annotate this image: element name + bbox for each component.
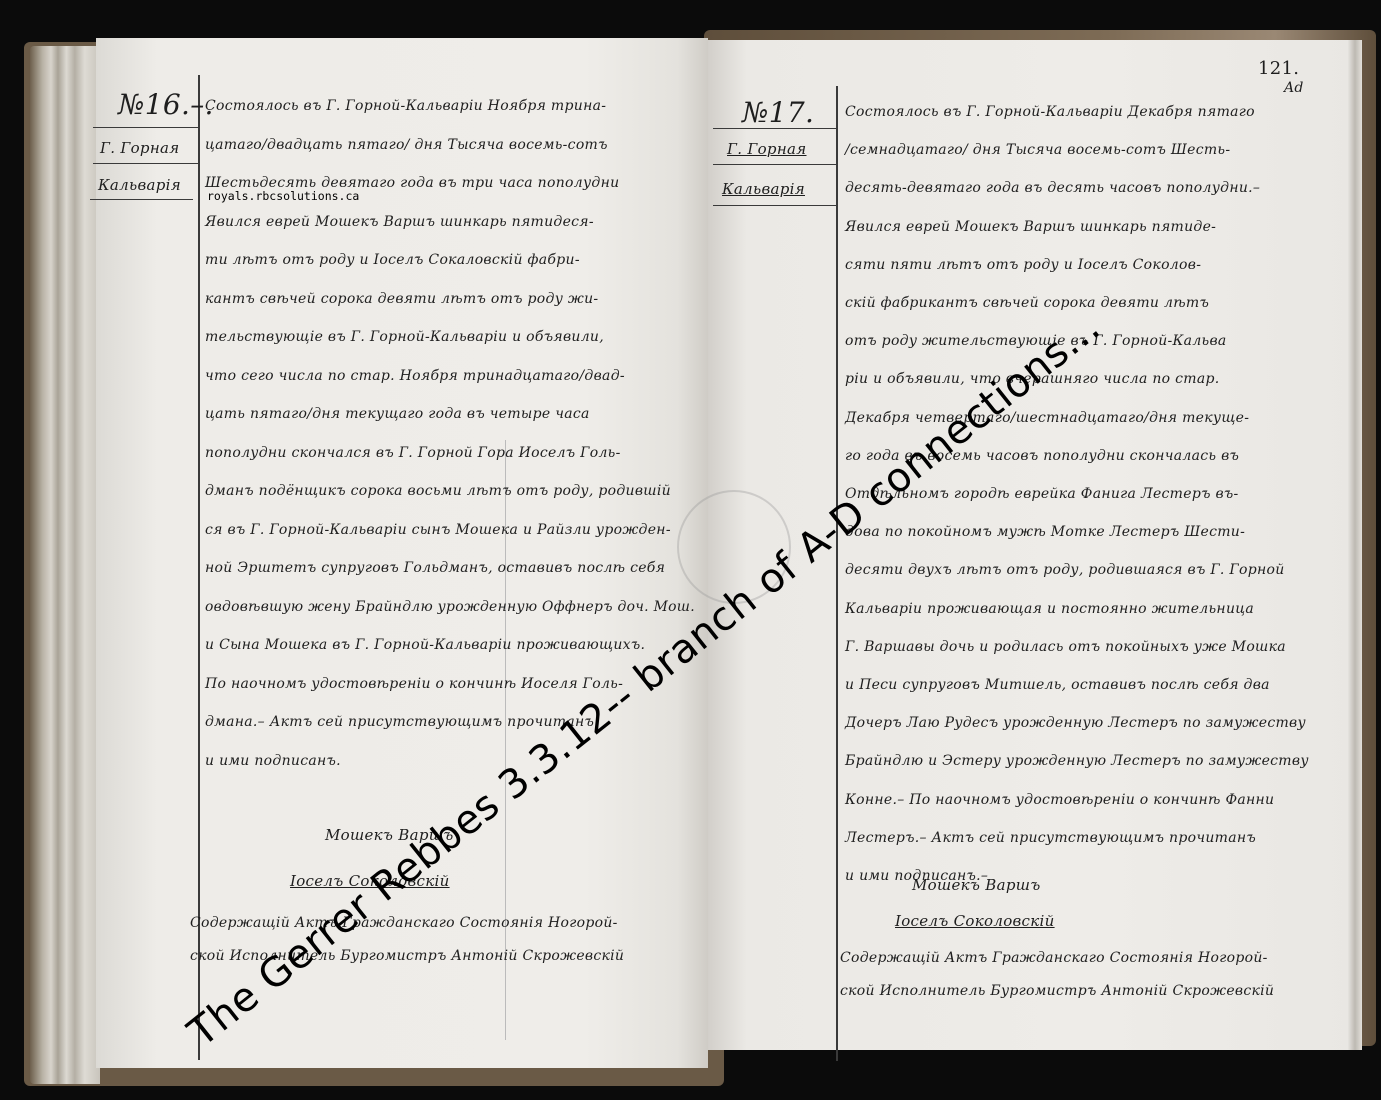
right-header-underline-3	[713, 205, 837, 206]
right-body-line: дова по покойномъ мужѣ Мотке Лестеръ Шес…	[845, 524, 1245, 540]
right-closing-line: ской Исполнитель Бургомистръ Антоній Скр…	[840, 983, 1274, 999]
page-stack-edges	[30, 46, 100, 1084]
right-body-line: Кальваріи проживающая и постоянно житель…	[845, 601, 1254, 617]
left-body-line: ся въ Г. Горной-Кальваріи сынъ Мошека и …	[205, 522, 671, 538]
left-header-underline-3	[90, 199, 193, 200]
right-signature-1: Мошекъ Варшъ	[912, 876, 1041, 894]
right-place-line2: Кальварія	[722, 180, 805, 198]
right-body-line: десять-девятаго года въ десять часовъ по…	[845, 180, 1260, 196]
left-body-line: овдовѣвшую жену Брайндлю урожденную Оффн…	[205, 599, 695, 615]
left-closing-line: Содержащій Актъ Гражданскаго Состоянія Н…	[190, 915, 618, 931]
left-body-line: и Сына Мошека въ Г. Горной-Кальваріи про…	[205, 637, 645, 653]
right-body-line: Лестеръ.– Актъ сей присутствующимъ прочи…	[845, 830, 1256, 846]
left-body-line: пополудни скончался въ Г. Горной Гора Ио…	[205, 445, 621, 461]
folio-number: 121.	[1258, 58, 1299, 79]
folio-annotation: Ad	[1284, 80, 1304, 96]
left-body-line: дмана.– Актъ сей присутствующимъ прочита…	[205, 714, 594, 730]
right-header-underline-2	[713, 164, 837, 165]
left-header-underline-2	[93, 163, 199, 164]
right-place-line1: Г. Горная	[727, 140, 807, 158]
right-body-line: Состоялось въ Г. Горной-Кальваріи Декабр…	[845, 104, 1255, 120]
left-body-line: цать пятаго/дня текущаго года въ четыре …	[205, 406, 590, 422]
left-body-line: ти лѣтъ отъ роду и Іоселъ Сокаловскій фа…	[205, 252, 580, 268]
left-body-line: По наочномъ удостовѣреніи о кончинѣ Иосе…	[205, 676, 623, 692]
right-entry-number: №17.	[742, 96, 814, 129]
left-place-line1: Г. Горная	[100, 139, 180, 157]
left-body-line: дманъ подёнщикъ сорока восьми лѣтъ отъ р…	[205, 483, 671, 499]
left-page	[96, 38, 708, 1068]
right-margin-rule	[836, 86, 838, 1061]
left-header-underline-1	[93, 127, 199, 128]
right-body-line: /семнадцатаго/ дня Тысяча восемь-сотъ Ше…	[845, 142, 1230, 158]
right-body-line: Брайндлю и Эстеру урожденную Лестеръ по …	[845, 753, 1309, 769]
left-place-line2: Кальварія	[98, 176, 181, 194]
left-body-line: ной Эрштетъ супруговъ Гольдманъ, оставив…	[205, 560, 665, 576]
left-body-line: Явился еврей Мошекъ Варшъ шинкарь пятиде…	[205, 214, 594, 230]
right-body-line: Г. Варшавы дочь и родилась отъ покойныхъ…	[845, 639, 1286, 655]
right-body-line: Декабря четвертаго/шестнадцатаго/дня тек…	[845, 410, 1249, 426]
left-entry-number: №16.–.	[118, 88, 214, 121]
left-body-line: Состоялось въ Г. Горной-Кальваріи Ноября…	[205, 98, 606, 114]
site-url-label: royals.rbcsolutions.ca	[207, 189, 359, 203]
right-body-line: Конне.– По наочномъ удостовѣреніи о конч…	[845, 792, 1274, 808]
left-body-line: тельствующіе въ Г. Горной-Кальваріи и об…	[205, 329, 604, 345]
left-body-line: цатаго/двадцать пятаго/ дня Тысяча восем…	[205, 137, 608, 153]
left-margin-rule	[198, 75, 200, 1060]
right-body-line: десяти двухъ лѣтъ отъ роду, родившаяся в…	[845, 562, 1285, 578]
right-body-line: сяти пяти лѣтъ отъ роду и Іоселъ Соколов…	[845, 257, 1201, 273]
left-body-line: что сего числа по стар. Ноября тринадцат…	[205, 368, 625, 384]
right-signature-2: Іоселъ Соколовскій	[895, 912, 1055, 930]
left-body-line: и ими подписанъ.	[205, 753, 341, 769]
right-body-line: и Песи супруговъ Митшель, оставивъ послѣ…	[845, 677, 1270, 693]
right-closing-line: Содержащій Актъ Гражданскаго Состоянія Н…	[840, 950, 1268, 966]
right-body-line: Дочеръ Лаю Рудесъ урожденную Лестеръ по …	[845, 715, 1306, 731]
left-body-line: кантъ свѣчей сорока девяти лѣтъ отъ роду…	[205, 291, 598, 307]
right-page-edge	[1348, 40, 1362, 1050]
right-body-line: Явился еврей Мошекъ Варшъ шинкарь пятиде…	[845, 219, 1216, 235]
right-body-line: скій фабрикантъ свѣчей сорока девяти лѣт…	[845, 295, 1209, 311]
